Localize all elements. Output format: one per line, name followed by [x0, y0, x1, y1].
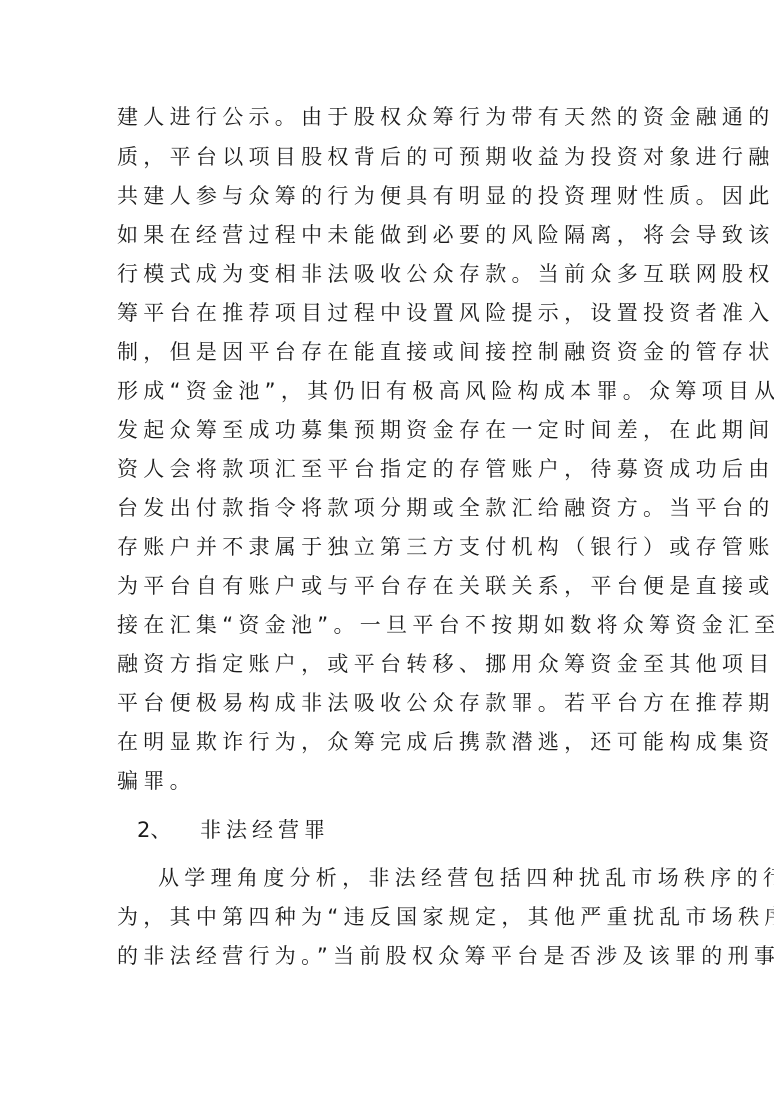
paragraph-line: 行模式成为变相非法吸收公众存款。当前众多互联网股权众 [117, 262, 677, 286]
paragraph-line: 发起众筹至成功募集预期资金存在一定时间差，在此期间投 [117, 418, 677, 442]
paragraph-line: 形成“资金池”，其仍旧有极高风险构成本罪。众筹项目从 [117, 379, 677, 403]
paragraph-line: 筹平台在推荐项目过程中设置风险提示，设置投资者准入机 [117, 301, 677, 325]
section-title: 非法经营罪 [200, 818, 330, 842]
paragraph-line: 建人进行公示。由于股权众筹行为带有天然的资金融通的性 [117, 105, 677, 129]
document-page: 建人进行公示。由于股权众筹行为带有天然的资金融通的性 质，平台以项目股权背后的可… [0, 0, 774, 1094]
paragraph-line: 的非法经营行为。”当前股权众筹平台是否涉及该罪的刑事 [117, 944, 677, 968]
paragraph-line: 平台便极易构成非法吸收公众存款罪。若平台方在推荐期存 [117, 691, 677, 715]
paragraph-line: 制，但是因平台存在能直接或间接控制融资资金的管存状态， [117, 340, 677, 364]
paragraph-line: 共建人参与众筹的行为便具有明显的投资理财性质。因此， [117, 184, 677, 208]
paragraph-line: 资人会将款项汇至平台指定的存管账户，待募资成功后由平 [117, 457, 677, 481]
paragraph-line: 如果在经营过程中未能做到必要的风险隔离，将会导致该运 [117, 223, 677, 247]
paragraph-line: 台发出付款指令将款项分期或全款汇给融资方。当平台的管 [117, 496, 677, 520]
paragraph-line: 质，平台以项目股权背后的可预期收益为投资对象进行融资， [117, 145, 677, 169]
paragraph-line: 接在汇集“资金池”。一旦平台不按期如数将众筹资金汇至 [117, 613, 677, 637]
paragraph-line: 骗罪。 [117, 769, 677, 793]
paragraph-line: 为，其中第四种为“违反国家规定，其他严重扰乱市场秩序 [117, 905, 677, 929]
paragraph-line: 为平台自有账户或与平台存在关联关系，平台便是直接或间 [117, 574, 677, 598]
paragraph-line: 从学理角度分析，非法经营包括四种扰乱市场秩序的行 [158, 866, 678, 890]
paragraph-line: 融资方指定账户，或平台转移、挪用众筹资金至其他项目， [117, 652, 677, 676]
paragraph-line: 存账户并不隶属于独立第三方支付机构（银行）或存管账户 [117, 535, 677, 559]
section-number: 2、 [137, 818, 171, 842]
paragraph-line: 在明显欺诈行为，众筹完成后携款潜逃，还可能构成集资诈 [117, 730, 677, 754]
